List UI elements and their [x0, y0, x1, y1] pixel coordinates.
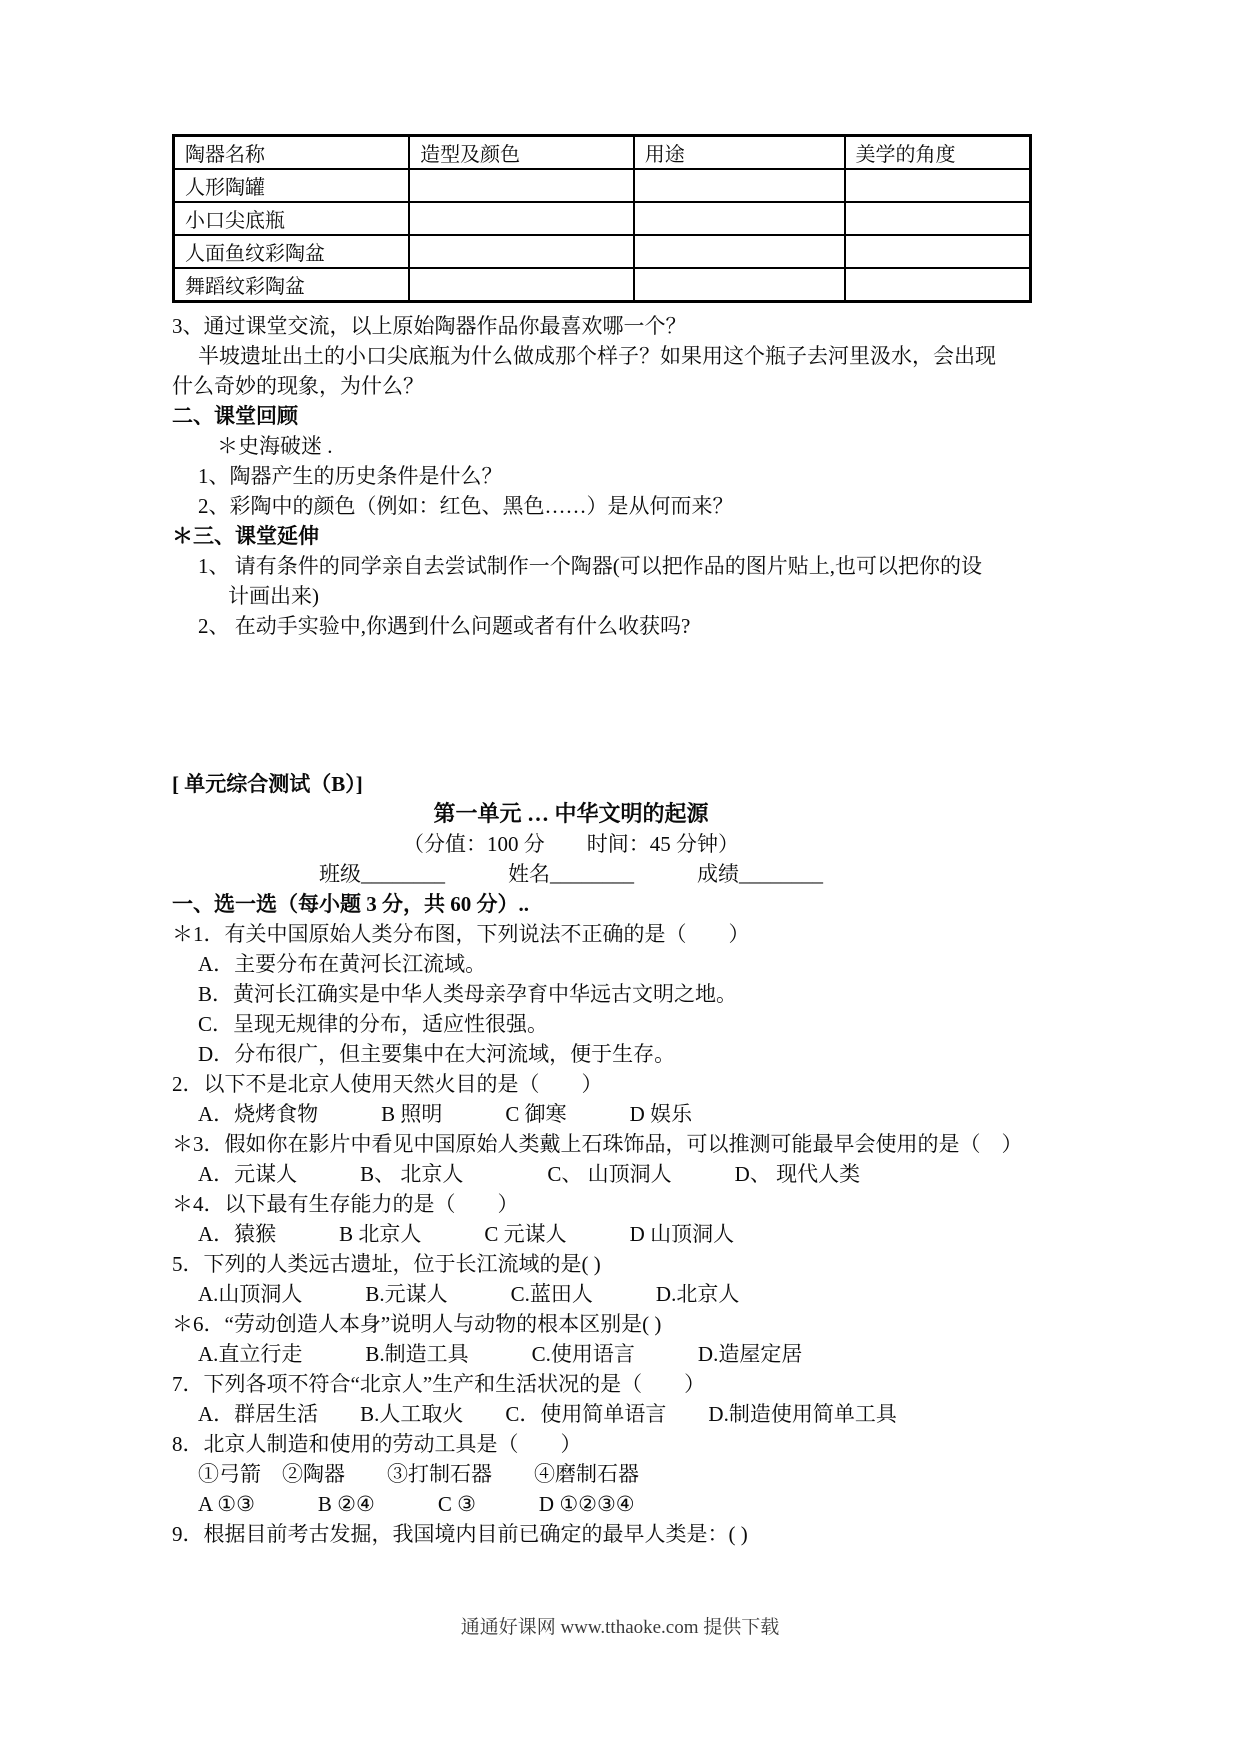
table-header-cell: 陶器名称: [174, 136, 410, 170]
score-time-line: （分值：100 分 时间：45 分钟）: [172, 829, 970, 859]
worksheet-line: 二、课堂回顾: [172, 401, 1120, 431]
question-line: A．烧烤食物 B 照明 C 御寒 D 娱乐: [172, 1099, 1120, 1129]
pottery-table-header-row: 陶器名称造型及颜色用途美学的角度: [174, 136, 1031, 170]
empty-fill-cell: [409, 268, 634, 302]
question-line: A ①③ B ②④ C ③ D ①②③④: [172, 1489, 1120, 1519]
question-line: 2．以下不是北京人使用天然火目的是（ ）: [172, 1069, 1120, 1099]
question-line: A．猿猴 B 北京人 C 元谋人 D 山顶洞人: [172, 1219, 1120, 1249]
pottery-table: 陶器名称造型及颜色用途美学的角度 人形陶罐小口尖底瓶人面鱼纹彩陶盆舞蹈纹彩陶盆: [172, 134, 1032, 303]
table-row: 舞蹈纹彩陶盆: [174, 268, 1031, 302]
question-line: A.直立行走 B.制造工具 C.使用语言 D.造屋定居: [172, 1339, 1120, 1369]
empty-fill-cell: [634, 268, 845, 302]
worksheet-page: 陶器名称造型及颜色用途美学的角度 人形陶罐小口尖底瓶人面鱼纹彩陶盆舞蹈纹彩陶盆 …: [0, 0, 1240, 1549]
page-footer: 通通好课网 www.tthaoke.com 提供下载: [0, 1612, 1240, 1639]
classroom-review-section: 3、通过课堂交流，以上原始陶器作品你最喜欢哪一个？半坡遗址出土的小口尖底瓶为什么…: [172, 311, 1120, 641]
question-line: 9．根据目前考古发掘，我国境内目前已确定的最早人类是：( ): [172, 1519, 1120, 1549]
question-line: A．主要分布在黄河长江流域。: [172, 949, 1120, 979]
unit-title: 第一单元 … 中华文明的起源: [172, 799, 970, 829]
multiple-choice-section-title: 一、选一选（每小题 3 分，共 60 分）..: [172, 889, 1120, 919]
empty-fill-cell: [845, 235, 1031, 268]
worksheet-line: 2、彩陶中的颜色（例如：红色、黑色……）是从何而来？: [172, 491, 1120, 521]
worksheet-line: 1、 请有条件的同学亲自去尝试制作一个陶器(可以把作品的图片贴上,也可以把你的设: [172, 551, 1120, 581]
question-line: ＊1．有关中国原始人类分布图，下列说法不正确的是（ ）: [172, 919, 1120, 949]
question-line: ＊3．假如你在影片中看见中国原始人类戴上石珠饰品，可以推测可能最早会使用的是（ …: [172, 1129, 1120, 1159]
pottery-name-cell: 小口尖底瓶: [174, 202, 410, 235]
empty-fill-cell: [634, 169, 845, 202]
pottery-name-cell: 人面鱼纹彩陶盆: [174, 235, 410, 268]
question-line: A.山顶洞人 B.元谋人 C.蓝田人 D.北京人: [172, 1279, 1120, 1309]
worksheet-line: ＊三、课堂延伸: [172, 521, 1120, 551]
empty-fill-cell: [409, 169, 634, 202]
empty-fill-cell: [409, 235, 634, 268]
table-row: 人形陶罐: [174, 169, 1031, 202]
table-row: 人面鱼纹彩陶盆: [174, 235, 1031, 268]
table-header-cell: 用途: [634, 136, 845, 170]
empty-fill-cell: [634, 202, 845, 235]
worksheet-line: 1、陶器产生的历史条件是什么？: [172, 461, 1120, 491]
class-name-score-blanks: 班级________ 姓名________ 成绩________: [172, 859, 970, 889]
question-line: ＊4．以下最有生存能力的是（ ）: [172, 1189, 1120, 1219]
question-line: A．群居生活 B.人工取火 C．使用简单语言 D.制造使用简单工具: [172, 1399, 1120, 1429]
question-line: 7．下列各项不符合“北京人”生产和生活状况的是（ ）: [172, 1369, 1120, 1399]
worksheet-line: 3、通过课堂交流，以上原始陶器作品你最喜欢哪一个？: [172, 311, 1120, 341]
worksheet-line: 半坡遗址出土的小口尖底瓶为什么做成那个样子？如果用这个瓶子去河里汲水，会出现: [172, 341, 1120, 371]
question-line: ＊6．“劳动创造人本身”说明人与动物的根本区别是( ): [172, 1309, 1120, 1339]
pottery-name-cell: 舞蹈纹彩陶盆: [174, 268, 410, 302]
unit-test-bracket-title: [ 单元综合测试（B）]: [172, 769, 1120, 799]
empty-fill-cell: [845, 268, 1031, 302]
worksheet-line: 计画出来): [172, 581, 1120, 611]
empty-fill-cell: [845, 169, 1031, 202]
table-header-cell: 美学的角度: [845, 136, 1031, 170]
section-spacer: [172, 641, 1120, 769]
multiple-choice-questions: ＊1．有关中国原始人类分布图，下列说法不正确的是（ ）A．主要分布在黄河长江流域…: [172, 919, 1120, 1549]
empty-fill-cell: [634, 235, 845, 268]
worksheet-line: 什么奇妙的现象，为什么？: [172, 371, 1120, 401]
question-line: 5．下列的人类远古遗址，位于长江流域的是( ): [172, 1249, 1120, 1279]
empty-fill-cell: [409, 202, 634, 235]
table-header-cell: 造型及颜色: [409, 136, 634, 170]
question-line: D．分布很广，但主要集中在大河流域，便于生存。: [172, 1039, 1120, 1069]
question-line: ①弓箭 ②陶器 ③打制石器 ④磨制石器: [172, 1459, 1120, 1489]
pottery-name-cell: 人形陶罐: [174, 169, 410, 202]
empty-fill-cell: [845, 202, 1031, 235]
question-line: B．黄河长江确实是中华人类母亲孕育中华远古文明之地。: [172, 979, 1120, 1009]
question-line: C．呈现无规律的分布，适应性很强。: [172, 1009, 1120, 1039]
worksheet-line: 2、 在动手实验中,你遇到什么问题或者有什么收获吗?: [172, 611, 1120, 641]
question-line: A．元谋人 B、 北京人 C、 山顶洞人 D、 现代人类: [172, 1159, 1120, 1189]
table-row: 小口尖底瓶: [174, 202, 1031, 235]
worksheet-line: ＊史海破迷 .: [172, 431, 1120, 461]
question-line: 8．北京人制造和使用的劳动工具是（ ）: [172, 1429, 1120, 1459]
